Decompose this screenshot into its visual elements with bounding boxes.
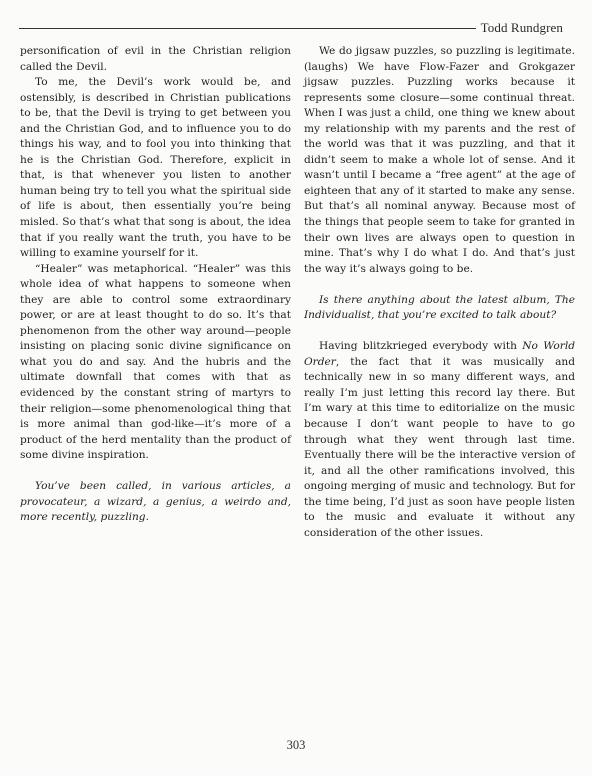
answer-paragraph: Having blitzkrieged everybody with No Wo… — [304, 339, 575, 541]
left-column: personification of evil in the Christian… — [20, 44, 291, 541]
interview-question: You’ve been called, in various articles,… — [20, 479, 291, 526]
paragraph: To me, the Devil’s work would be, and os… — [20, 75, 291, 262]
right-column: We do jigsaw puzzles, so puzzling is leg… — [304, 44, 575, 541]
paragraph: “Healer” was metaphorical. “Healer” was … — [20, 262, 291, 464]
interview-question: Is there anything about the latest album… — [304, 293, 575, 324]
paragraph: We do jigsaw puzzles, so puzzling is leg… — [304, 44, 575, 277]
page-number: 303 — [0, 738, 592, 753]
page-header: Todd Rundgren — [19, 20, 573, 36]
paragraph: personification of evil in the Christian… — [20, 44, 291, 75]
answer-rest: , the fact that it was musically and tec… — [304, 356, 575, 539]
running-head: Todd Rundgren — [481, 20, 563, 36]
answer-lead: Having blitzkrieged everybody with — [319, 340, 522, 352]
header-rule — [19, 28, 476, 29]
